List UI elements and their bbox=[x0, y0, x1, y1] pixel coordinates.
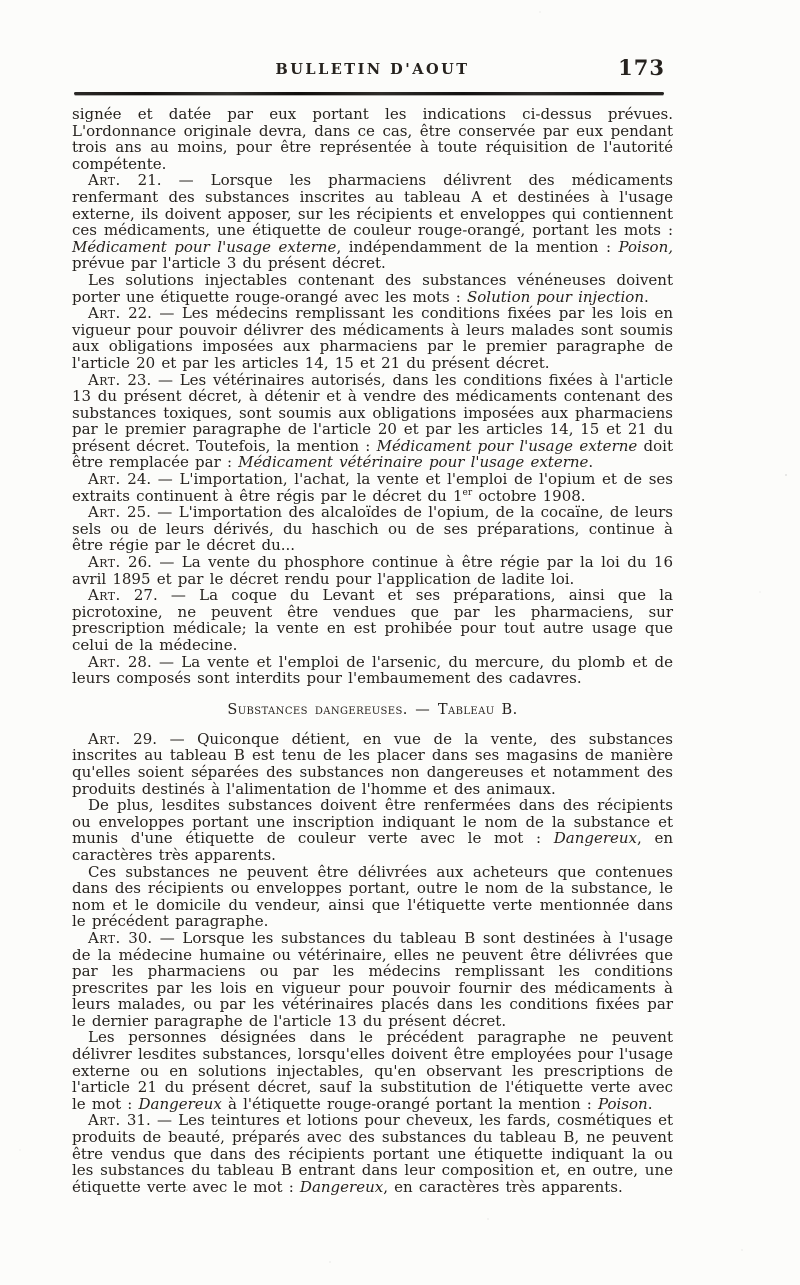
smallcaps-text: Tableau B. bbox=[438, 702, 518, 718]
paragraph: Ces substances ne peuvent être délivrées… bbox=[72, 864, 673, 930]
smallcaps-text: Art. bbox=[88, 730, 121, 748]
italic-text: Solution pour injection bbox=[467, 288, 644, 306]
smallcaps-text: Art. bbox=[88, 171, 121, 189]
text-run: , indépendamment de la mention : bbox=[336, 238, 618, 256]
smallcaps-text: Art. bbox=[88, 304, 121, 322]
text-run: . bbox=[644, 288, 649, 306]
paragraph: Art. 30. — Lorsque les substances du tab… bbox=[72, 930, 673, 1030]
header-rule bbox=[74, 92, 664, 95]
superscript-text: er bbox=[463, 488, 473, 498]
text-run: — bbox=[408, 702, 438, 718]
scanned-page: BULLETIN D'AOUT 173 signée et datée par … bbox=[0, 0, 800, 1285]
page-number: 173 bbox=[618, 55, 665, 80]
paragraph: Art. 31. — Les teintures et lotions pour… bbox=[72, 1112, 673, 1195]
smallcaps-text: Substances dangereuses. bbox=[227, 702, 407, 718]
text-run: 30. — Lorsque les substances du tableau … bbox=[72, 929, 673, 1030]
smallcaps-text: Art. bbox=[88, 929, 121, 947]
paragraph: signée et datée par eux portant les indi… bbox=[72, 106, 673, 172]
text-run: signée et datée par eux portant les indi… bbox=[72, 105, 673, 173]
italic-text: Poison bbox=[598, 1095, 648, 1113]
paragraph: Art. 25. — L'importation des alcaloïdes … bbox=[72, 504, 673, 554]
italic-text: Poison, bbox=[619, 238, 673, 256]
smallcaps-text: Art. bbox=[88, 553, 121, 571]
text-run: octobre 1908. bbox=[472, 487, 585, 505]
paragraph: Art. 24. — L'importation, l'achat, la ve… bbox=[72, 471, 673, 504]
italic-text: Dangereux bbox=[139, 1095, 222, 1113]
smallcaps-text: Art. bbox=[88, 503, 121, 521]
paragraph: Les solutions injectables contenant des … bbox=[72, 272, 673, 305]
section-heading: Substances dangereuses. — Tableau B. bbox=[72, 702, 673, 719]
text-run: 29. — Quiconque détient, en vue de la ve… bbox=[72, 730, 673, 798]
text-run: . bbox=[648, 1095, 653, 1113]
text-run: 27. — La coque du Levant et ses préparat… bbox=[72, 586, 673, 654]
text-run: prévue par l'article 3 du présent décret… bbox=[72, 254, 386, 272]
text-run: 25. — L'importation des alcaloïdes de l'… bbox=[72, 503, 673, 554]
italic-text: Dangereux bbox=[300, 1178, 383, 1196]
document-body: signée et datée par eux portant les indi… bbox=[72, 106, 673, 1195]
text-run: , en caractères très apparents. bbox=[383, 1178, 623, 1196]
italic-text: Médicament vétérinaire pour l'usage exte… bbox=[238, 453, 588, 471]
smallcaps-text: Art. bbox=[88, 470, 121, 488]
paragraph: Art. 28. — La vente et l'emploi de l'ars… bbox=[72, 654, 673, 687]
italic-text: Médicament pour l'usage externe bbox=[377, 437, 638, 455]
text-run: 21. — Lorsque les pharmaciens délivrent … bbox=[72, 171, 673, 239]
text-run: 28. — La vente et l'emploi de l'arsenic,… bbox=[72, 653, 673, 688]
paragraph: Art. 23. — Les vétérinaires autorisés, d… bbox=[72, 372, 673, 472]
text-run: Ces substances ne peuvent être délivrées… bbox=[72, 863, 673, 931]
text-run: 26. — La vente du phosphore continue à ê… bbox=[72, 553, 673, 588]
paragraph: Art. 27. — La coque du Levant et ses pré… bbox=[72, 587, 673, 653]
smallcaps-text: Art. bbox=[88, 1111, 121, 1129]
paragraph: Art. 21. — Lorsque les pharmaciens déliv… bbox=[72, 172, 673, 272]
paragraph: Art. 29. — Quiconque détient, en vue de … bbox=[72, 731, 673, 797]
paragraph: Art. 26. — La vente du phosphore continu… bbox=[72, 554, 673, 587]
paragraph: De plus, lesdites substances doivent êtr… bbox=[72, 797, 673, 863]
text-run: . bbox=[588, 453, 593, 471]
smallcaps-text: Art. bbox=[88, 653, 121, 671]
smallcaps-text: Art. bbox=[88, 371, 121, 389]
text-run: 22. — Les médecins remplissant les condi… bbox=[72, 304, 673, 372]
journal-title: BULLETIN D'AOUT bbox=[72, 61, 673, 78]
italic-text: Médicament pour l'usage externe bbox=[72, 238, 336, 256]
smallcaps-text: Art. bbox=[88, 586, 121, 604]
paragraph: Art. 22. — Les médecins remplissant les … bbox=[72, 305, 673, 371]
text-run: à l'étiquette rouge-orangé portant la me… bbox=[222, 1095, 598, 1113]
italic-text: Dangereux bbox=[554, 829, 637, 847]
paragraph: Les personnes désignées dans le précéden… bbox=[72, 1029, 673, 1112]
